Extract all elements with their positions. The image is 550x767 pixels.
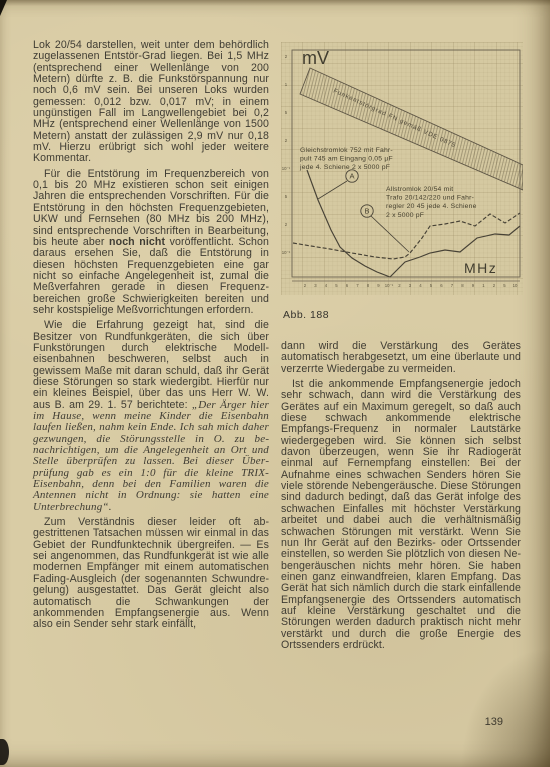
x-axis-unit-label: MHz [464, 260, 497, 276]
annotation-B: 2 x 5000 pF [386, 212, 424, 219]
paragraph-erfahrung-beispiel: Wie die Erfahrung gezeigt hat, sind die … [33, 320, 269, 513]
marker-letter-A: A [349, 172, 354, 181]
paragraph-entstoerung-vorschriften: Für die Entstörung im Frequenz­bereich v… [33, 169, 269, 316]
paragraph-text: voröffentlicht. Schon daraus ersehen Sie… [33, 236, 269, 316]
x-axis-tick: 10⁻¹ [385, 283, 394, 288]
book-page: Lok 20/54 darstellen, weit unter dem beh… [0, 0, 550, 767]
annotation-B: Allstromlok 20/54 mit [386, 186, 453, 193]
y-axis-tick: 10⁻² [282, 250, 291, 255]
paragraph-verstaerkung: dann wird die Verstärkung des Gerätes au… [281, 341, 521, 375]
quoted-letter-text: „Der Ärger hier im Hause, wenn meine Kin… [33, 399, 269, 513]
annotation-A: Gleichstromlok 752 mit Fahr- [300, 147, 393, 154]
paragraph-empfangsenergie: Ist die ankommende Empfangs­energie jedo… [281, 379, 521, 651]
page-number: 139 [281, 716, 503, 728]
scan-artifact-bottom-left [0, 739, 9, 765]
right-column: dann wird die Verstärkung des Gerätes au… [281, 341, 521, 655]
figure-caption: Abb. 188 [283, 309, 329, 321]
paragraph-text: Lok 20/54 darstellen, weit unter dem beh… [33, 39, 269, 164]
scan-artifact-top-left [0, 0, 7, 16]
annotation-A: pult 745 am Eingang 0,05 µF [300, 156, 393, 163]
paragraph-text: Wie die Erfahrung gezeigt hat, sind die … [33, 319, 269, 410]
paragraph-rundfunktechnik: Zum Verständnis dieser leider oft ab­ges… [33, 517, 269, 630]
page-top-shadow [0, 0, 550, 6]
annotation-B: regler 20 45 jede 4. Schiene [386, 203, 477, 210]
left-column: Lok 20/54 darstellen, weit unter dem beh… [33, 40, 269, 635]
bold-phrase-noch-nicht: noch nicht [109, 236, 165, 248]
y-axis-unit-label: mV [302, 48, 329, 68]
chart-figure: Funkentstörgrad FN gemäß VDE 0875AGleich… [281, 42, 523, 295]
annotation-A: jede 4. Schiene 2 x 5000 pF [299, 164, 390, 171]
annotation-B: Trafo 20/142/220 und Fahr- [386, 195, 474, 202]
x-axis-tick: 10 [513, 283, 518, 288]
chart-svg: Funkentstörgrad FN gemäß VDE 0875AGleich… [281, 42, 523, 295]
y-axis-tick: 10⁻¹ [282, 166, 291, 171]
marker-letter-B: B [364, 207, 369, 216]
paragraph-lok-2054: Lok 20/54 darstellen, weit unter dem beh… [33, 40, 269, 165]
